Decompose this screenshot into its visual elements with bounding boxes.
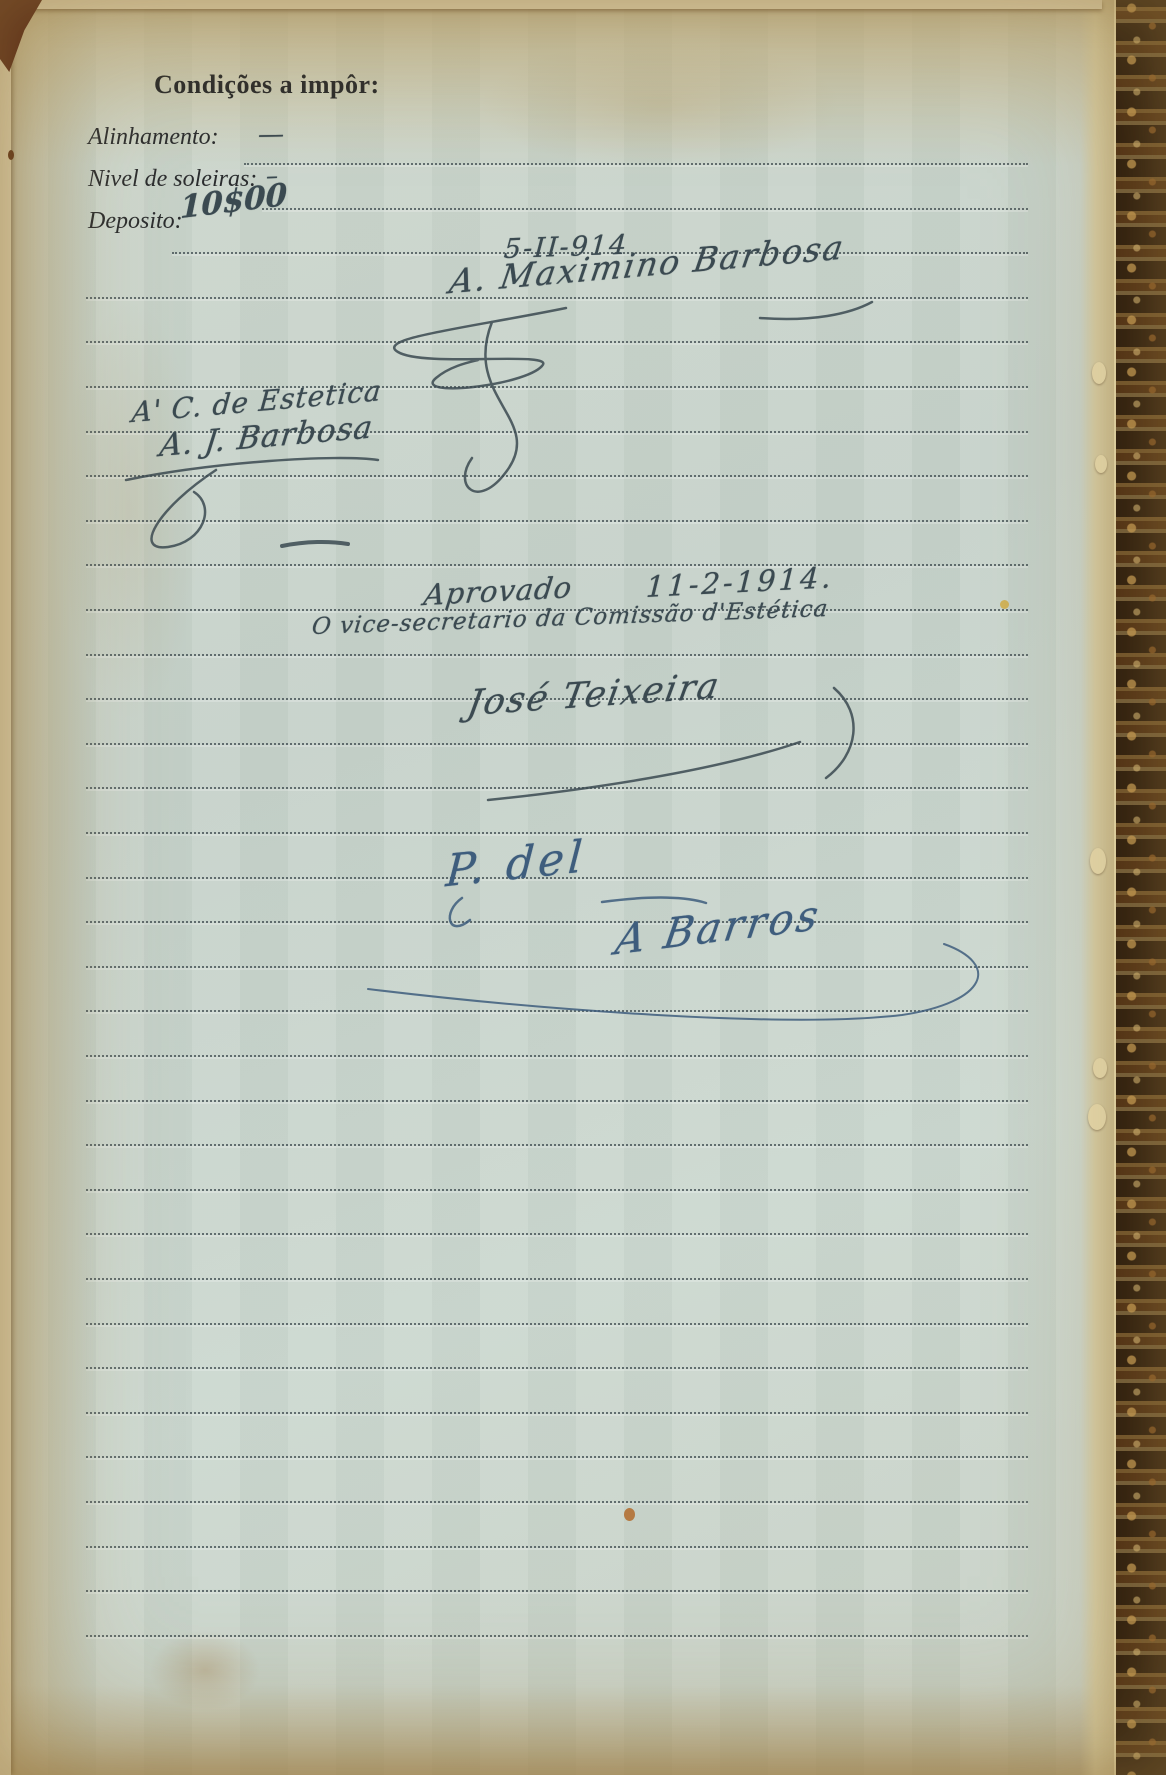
ruled-line — [86, 921, 1028, 923]
field-label-alinhamento: Alinhamento: — [88, 124, 219, 151]
top-edge-sliver — [0, 0, 1102, 9]
ruled-line — [86, 1590, 1028, 1592]
form-header: Condições a impôr: — [154, 70, 380, 100]
ruled-line — [86, 654, 1028, 656]
aged-left-edge — [0, 0, 95, 1775]
ruled-line — [86, 1323, 1028, 1325]
ruled-line — [86, 1278, 1028, 1280]
ruled-line — [262, 208, 1028, 210]
ruled-line — [86, 1456, 1028, 1458]
edge-speck — [8, 150, 14, 160]
aged-bottom-edge — [0, 1685, 1166, 1775]
ruled-line — [86, 564, 1028, 566]
ruled-line — [86, 787, 1028, 789]
ruled-line — [244, 163, 1028, 165]
ruled-line — [86, 1189, 1028, 1191]
document-page: Condições a impôr: Alinhamento: — Nivel … — [0, 0, 1166, 1775]
torn-edge-bump — [1090, 848, 1106, 874]
torn-edge-bump — [1092, 362, 1106, 384]
ruled-line — [86, 1635, 1028, 1637]
ruled-line — [86, 1100, 1028, 1102]
ruled-line — [86, 1412, 1028, 1414]
ruled-line — [86, 743, 1028, 745]
ruled-line — [86, 475, 1028, 477]
ruled-line — [86, 1010, 1028, 1012]
ruled-line — [86, 1501, 1028, 1503]
left-page-sliver — [0, 0, 11, 1775]
field-value-alinhamento: — — [258, 120, 285, 150]
torn-edge-bump — [1088, 1104, 1106, 1130]
field-label-deposito: Deposito: — [88, 208, 183, 235]
ruled-line — [86, 966, 1028, 968]
ruled-line — [86, 1367, 1028, 1369]
torn-edge-bump — [1095, 455, 1107, 473]
torn-page-edge — [1080, 0, 1117, 1775]
book-binding-strip — [1114, 0, 1166, 1775]
ruled-line — [86, 1144, 1028, 1146]
torn-edge-bump — [1093, 1058, 1107, 1078]
ruled-line — [86, 297, 1028, 299]
ruled-line — [86, 1055, 1028, 1057]
ruled-line — [86, 1233, 1028, 1235]
ruled-line — [86, 1546, 1028, 1548]
ruled-line — [86, 520, 1028, 522]
ruled-line — [86, 341, 1028, 343]
